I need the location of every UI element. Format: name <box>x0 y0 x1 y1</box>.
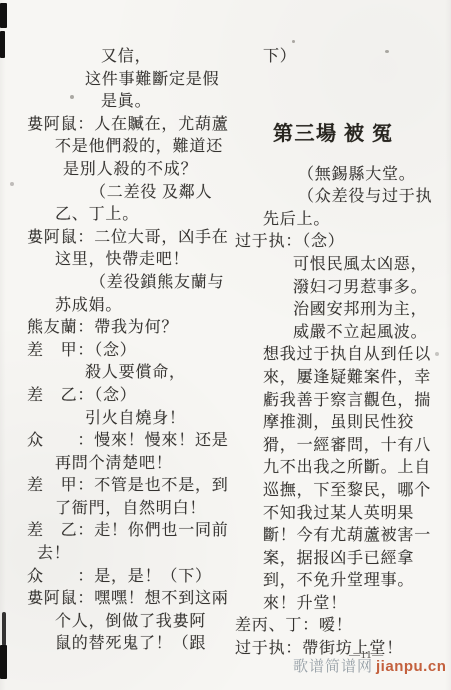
text-line: （众差役与过于执 <box>235 186 451 209</box>
text-line: 婁阿鼠：人在贓在，尤葫蘆 <box>27 114 231 137</box>
watermark: 歌谱简谱网jianpu.cn <box>293 655 446 676</box>
text-line: 个人，倒做了我婁阿 <box>27 611 231 634</box>
text-line: 先后上。 <box>235 209 451 232</box>
text-line: 潑妇刁男惹事多。 <box>235 277 451 300</box>
text-line: 到，不免升堂理事。 <box>235 570 451 593</box>
text-line: 苏成娟。 <box>27 295 231 318</box>
text-line: 治國安邦刑为主， <box>235 299 451 322</box>
text-line: （差役鎖熊友蘭与 <box>27 272 231 295</box>
text-line: 巡撫，下至黎民，哪个 <box>235 480 451 503</box>
text-line: 众 ：慢來！慢來！还是 <box>27 430 231 453</box>
text-line: （無錫縣大堂。 <box>235 164 451 187</box>
text-line: 差 乙：（念） <box>27 385 231 408</box>
scan-binding-mark <box>0 31 5 58</box>
left-text-column: 又信，这件事難斷定是假是眞。婁阿鼠：人在贓在，尤葫蘆不是他們殺的，難道还是別人殺… <box>27 46 231 656</box>
scan-speck <box>292 40 295 43</box>
text-line: 不是他們殺的，難道还 <box>27 136 231 159</box>
text-line: 來，屢逢疑難案件，幸 <box>235 367 451 390</box>
text-line: 是別人殺的不成？ <box>27 159 231 182</box>
scene-heading: 第三場 被 冤 <box>235 119 451 149</box>
scan-binding-mark <box>0 3 7 28</box>
text-line: 过于执：（念） <box>235 231 451 254</box>
text-line: 婁阿鼠：二位大哥，凶手在 <box>27 227 231 250</box>
text-line: 引火自燒身！ <box>27 408 231 431</box>
text-line: 去！ <box>27 543 231 566</box>
watermark-site-name: 歌谱简谱网 <box>293 658 373 675</box>
text-line: 再問个淸楚吧！ <box>27 453 231 476</box>
text-line: 婁阿鼠：嘿嘿！想不到这兩 <box>27 588 231 611</box>
text-line: 熊友蘭：帶我为何？ <box>27 317 231 340</box>
scan-binding-mark <box>2 612 6 646</box>
text-line: 众 ：是，是！（下） <box>27 566 231 589</box>
text-line: 虧我善于察言觀色，揣 <box>235 390 451 413</box>
text-line: 可恨民風太凶惡， <box>235 254 451 277</box>
right-column-lines: （無錫縣大堂。（众差役与过于执先后上。过于执：（念）可恨民風太凶惡，潑妇刁男惹事… <box>235 164 451 661</box>
scan-binding-mark <box>0 645 7 679</box>
text-line: 斷！今有尤葫蘆被害一 <box>235 525 451 548</box>
text-line: 鼠的替死鬼了！（跟 <box>27 633 231 656</box>
text-line: 威嚴不立起風波。 <box>235 322 451 345</box>
text-line: 猾，一經審問，十有八 <box>235 435 451 458</box>
text-line: 了衙門，自然明白！ <box>27 498 231 521</box>
text-line: 摩推測，虽則民性狡 <box>235 412 451 435</box>
text-line: 九不出我之所斷。上自 <box>235 457 451 480</box>
text-line: 是眞。 <box>27 91 231 114</box>
text-line: 这里，快帶走吧！ <box>27 249 231 272</box>
text-line: 这件事難斷定是假 <box>27 69 231 92</box>
carryover-line: 下） <box>235 46 451 69</box>
text-line: 差 甲：不管是也不是，到 <box>27 475 231 498</box>
text-line: 想我过于执自从到任以 <box>235 344 451 367</box>
text-line: 乙、丁上。 <box>27 204 231 227</box>
text-line: 殺人要償命， <box>27 362 231 385</box>
text-line: 案，据报凶手已經拿 <box>235 548 451 571</box>
scanned-script-page: 又信，这件事難斷定是假是眞。婁阿鼠：人在贓在，尤葫蘆不是他們殺的，難道还是別人殺… <box>0 0 451 690</box>
text-line: （二差役 及鄰人 <box>27 182 231 205</box>
watermark-site-url: jianpu.cn <box>376 658 446 675</box>
text-line: 差 乙：走！你們也一同前 <box>27 520 231 543</box>
scan-speck <box>10 182 14 186</box>
text-line: 又信， <box>27 46 231 69</box>
text-line: 不知我过某人英明果 <box>235 503 451 526</box>
text-line: 來！升堂！ <box>235 593 451 616</box>
right-text-column: 下） 第三場 被 冤 （無錫縣大堂。（众差役与过于执先后上。过于执：（念）可恨民… <box>235 46 451 661</box>
text-line: 差丙、丁：嗳！ <box>235 615 451 638</box>
text-line: 差 甲：（念） <box>27 340 231 363</box>
